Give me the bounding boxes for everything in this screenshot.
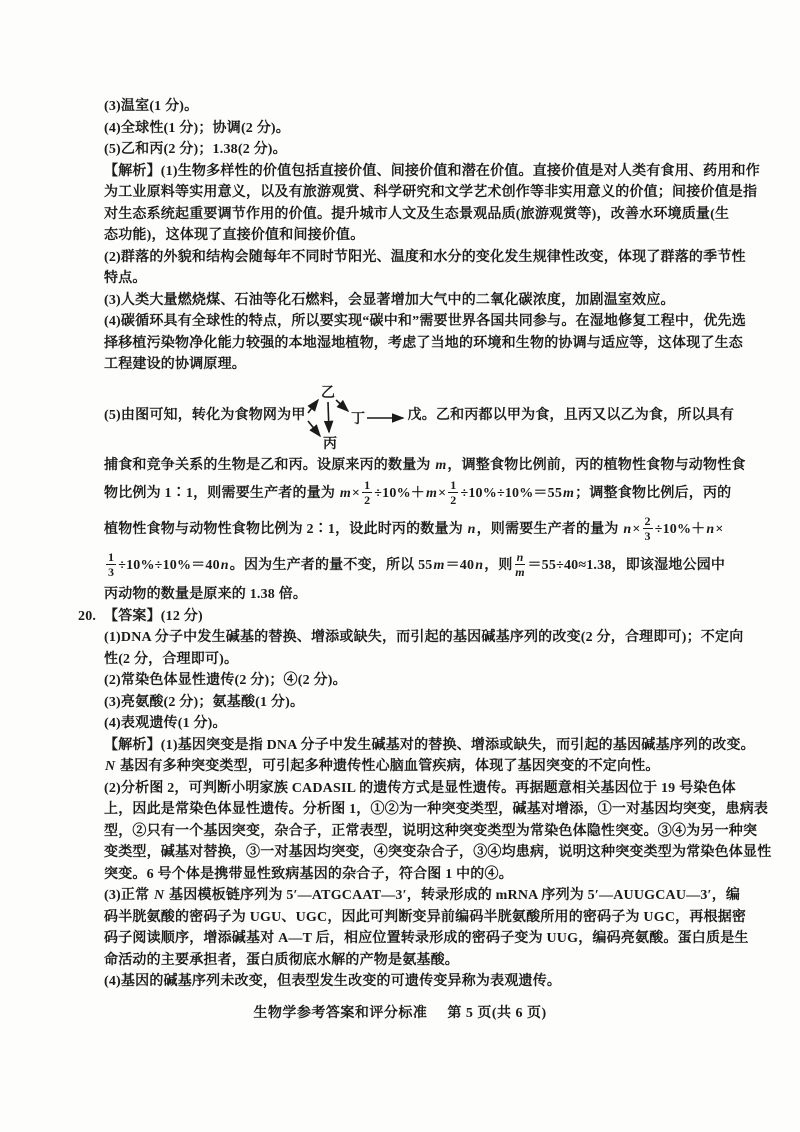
text-run: (4)基因的碱基序列未改变，但表型发生改变的可遗传变异称为表观遗传。 bbox=[104, 974, 561, 989]
fraction-numerator: n bbox=[515, 551, 526, 566]
text-run: (3)亮氨酸(2 分)；氨基酸(1 分)。 bbox=[104, 695, 304, 710]
text-line: (3)人类大量燃烧煤、石油等化石燃料，会显著增加大气中的二氧化碳浓度，加剧温室效… bbox=[104, 290, 722, 312]
text-run: 物比例为 1∶1，则需要生产者的量为 bbox=[104, 486, 339, 501]
text-line: 命活动的主要承担者，蛋白质彻底水解的产物是氨基酸。 bbox=[104, 950, 722, 972]
text-line: 为工业原料等实用意义，以及有旅游观赏、科学研究和文学艺术创作等非实用意义的价值；… bbox=[104, 182, 722, 204]
text-line: 择移植污染物净化能力较强的本地湿地植物，考虑了当地的环境和生物的协调与适应等，这… bbox=[104, 333, 722, 355]
fraction-denominator: 3 bbox=[106, 565, 116, 579]
math-variable: m bbox=[339, 486, 352, 501]
math-variable: n bbox=[467, 522, 477, 537]
text-line: (3)亮氨酸(2 分)；氨基酸(1 分)。 bbox=[104, 692, 722, 714]
text-run: ÷10%＋ bbox=[374, 486, 425, 501]
text-run: ，则需要生产者的量为 bbox=[477, 522, 623, 537]
text-run: × bbox=[632, 522, 640, 537]
text-run: 码子阅读顺序，增添碱基对 A—T 后，相应位置转录形成的密码子变为 UUG，编码… bbox=[104, 931, 749, 946]
text-run: (4)全球性(1 分)；协调(2 分)。 bbox=[104, 121, 290, 136]
footer-doc-title: 生物学参考答案和评分标准 bbox=[253, 1006, 427, 1021]
answer-content: (3)温室(1 分)。(4)全球性(1 分)；协调(2 分)。(5)乙和丙(2 … bbox=[104, 96, 722, 993]
fraction: 12 bbox=[362, 479, 372, 507]
foodweb-node-yi: 乙 bbox=[321, 385, 335, 401]
math-variable: m bbox=[425, 486, 438, 501]
text-run: 工程建设的协调原理。 bbox=[104, 357, 246, 372]
text-run: 为工业原料等实用意义，以及有旅游观赏、科学研究和文学艺术创作等非实用意义的价值；… bbox=[104, 185, 757, 200]
text-line: (3)温室(1 分)。 bbox=[104, 96, 722, 118]
page-footer: 生物学参考答案和评分标准 第 5 页(共 6 页) bbox=[0, 1002, 800, 1022]
footer-page-label: 第 5 页(共 6 页) bbox=[447, 1006, 546, 1021]
foodweb-node-bing: 丙 bbox=[323, 436, 337, 452]
text-run: (5)乙和丙(2 分)；1.38(2 分)。 bbox=[104, 142, 287, 157]
text-run: 丙动物的数量是原来的 1.38 倍。 bbox=[104, 587, 307, 602]
text-run: (2)分析图 2，可判断小明家族 CADASIL 的遗传方式是显性遗传。再据题意… bbox=[104, 781, 736, 796]
fraction: 23 bbox=[643, 515, 653, 543]
text-line: 对生态系统起重要调节作用的价值。提升城市人文及生态景观品质(旅游观赏等)，改善水… bbox=[104, 204, 722, 226]
fraction-numerator: 1 bbox=[106, 551, 116, 566]
math-variable: N bbox=[153, 888, 165, 903]
text-run: 上，因此是常染色体显性遗传。分析图 1，①②为一种突变类型，碱基对增添，①一对基… bbox=[104, 802, 768, 817]
text-line: (4)表观遗传(1 分)。 bbox=[104, 713, 722, 735]
text-line: 工程建设的协调原理。 bbox=[104, 354, 722, 376]
text-line: 码半胱氨酸的密码子为 UGU、UGC，因此可判断变异前编码半胱氨酸所用的密码子为… bbox=[104, 907, 722, 929]
lines-top: (3)温室(1 分)。(4)全球性(1 分)；协调(2 分)。(5)乙和丙(2 … bbox=[104, 96, 722, 376]
text-line: 上，因此是常染色体显性遗传。分析图 1，①②为一种突变类型，碱基对增添，①一对基… bbox=[104, 799, 722, 821]
text-run: 捕食和竞争关系的生物是乙和丙。设原来丙的数量为 bbox=[104, 458, 434, 473]
text-line: 13÷10%÷10%＝40n。因为生产者的量不变，所以 55m＝40n，则nm＝… bbox=[104, 548, 722, 584]
text-run: 态功能)，这体现了直接价值和间接价值。 bbox=[104, 228, 364, 243]
text-line: 植物性食物与动物性食物比例为 2∶1，设此时丙的数量为 n，则需要生产者的量为 … bbox=[104, 512, 722, 548]
text-run: 对生态系统起重要调节作用的价值。提升城市人文及生态景观品质(旅游观赏等)，改善水… bbox=[104, 207, 729, 222]
text-run: 码半胱氨酸的密码子为 UGU、UGC，因此可判断变异前编码半胱氨酸所用的密码子为… bbox=[104, 910, 746, 925]
math-variable: m bbox=[562, 486, 575, 501]
text-run: (3)温室(1 分)。 bbox=[104, 99, 198, 114]
foodweb-node-wu: 戊 bbox=[408, 405, 422, 427]
foodweb-node-ding: 丁 bbox=[351, 411, 365, 427]
text-line: 变类型，碱基对替换，③一对基因均突变，④突变杂合子，③④均患病，说明这种突变类型… bbox=[104, 842, 722, 864]
text-line: 丙动物的数量是原来的 1.38 倍。 bbox=[104, 584, 722, 606]
fraction-numerator: 1 bbox=[362, 479, 372, 494]
text-run: ，则 bbox=[484, 558, 512, 573]
text-run: (1)DNA 分子中发生碱基的替换、增添或缺失，而引起的基因碱基序列的改变(2 … bbox=[104, 630, 743, 645]
text-run: 基因模板链序列为 5′—ATGCAAT—3′，转录形成的 mRNA 序列为 5′… bbox=[165, 888, 740, 903]
text-run: 植物性食物与动物性食物比例为 2∶1，设此时丙的数量为 bbox=[104, 522, 467, 537]
math-variable: n bbox=[220, 558, 230, 573]
text-line: 型，②只有一个基因突变，杂合子，正常表型，说明这种突变类型为常染色体隐性突变。③… bbox=[104, 821, 722, 843]
text-run: (2)群落的外貌和结构会随每年不同时节阳光、温度和水分的变化发生规律性改变，体现… bbox=[104, 250, 746, 265]
arrow-jia-to-bing bbox=[308, 421, 320, 436]
text-line: (2)群落的外貌和结构会随每年不同时节阳光、温度和水分的变化发生规律性改变，体现… bbox=[104, 247, 722, 269]
scanned-answer-sheet-page: (3)温室(1 分)。(4)全球性(1 分)；协调(2 分)。(5)乙和丙(2 … bbox=[0, 0, 800, 1132]
text-run: 型，②只有一个基因突变，杂合子，正常表型，说明这种突变类型为常染色体隐性突变。③… bbox=[104, 824, 757, 839]
text-run: ＝40 bbox=[446, 558, 475, 573]
foodweb-after-text: 。乙和丙都以甲为食，且丙又以乙为食，所以具有 bbox=[422, 405, 734, 427]
fraction: 13 bbox=[106, 551, 116, 579]
fraction-denominator: m bbox=[515, 565, 526, 579]
text-run: ÷10%＋ bbox=[655, 522, 706, 537]
text-line: 【解析】(1)基因突变是指 DNA 分子中发生碱基对的替换、增添或缺失，而引起的… bbox=[104, 735, 722, 757]
text-line: (5)乙和丙(2 分)；1.38(2 分)。 bbox=[104, 139, 722, 161]
text-run: (2)常染色体显性遗传(2 分)；④(2 分)。 bbox=[104, 673, 347, 688]
text-line: 特点。 bbox=[104, 268, 722, 290]
text-line: 突变。6 号个体是携带显性致病基因的杂合子，符合图 1 中的④。 bbox=[104, 864, 722, 886]
fraction-numerator: 2 bbox=[643, 515, 653, 530]
foodweb-line: (5)由图可知，转化为食物网为甲 乙 丙 丁 戊 。乙和丙都以甲为食，且丙又以乙… bbox=[104, 379, 722, 453]
math-variable: n bbox=[705, 522, 715, 537]
text-run: 【解析】(1)生物多样性的价值包括直接价值、间接价值和潜在价值。直接价值是对人类… bbox=[104, 164, 760, 179]
lines-bottom: 捕食和竞争关系的生物是乙和丙。设原来丙的数量为 m，调整食物比例前，丙的植物性食… bbox=[104, 455, 722, 993]
fraction-denominator: 2 bbox=[362, 493, 372, 507]
math-variable: m bbox=[434, 458, 447, 473]
text-run: 突变。6 号个体是携带显性致病基因的杂合子，符合图 1 中的④。 bbox=[104, 867, 513, 882]
text-line: (1)DNA 分子中发生碱基的替换、增添或缺失，而引起的基因碱基序列的改变(2 … bbox=[104, 627, 722, 649]
arrow-yi-to-bing bbox=[328, 402, 329, 432]
text-run: (3)人类大量燃烧煤、石油等化石燃料，会显著增加大气中的二氧化碳浓度，加剧温室效… bbox=[104, 293, 675, 308]
text-run: 基因有多种突变类型，可引起多种遗传性心脑血管疾病，体现了基因突变的不定向性。 bbox=[116, 759, 659, 774]
text-run: ＝55÷40≈1.38，即该湿地公园中 bbox=[527, 558, 725, 573]
text-line: (4)基因的碱基序列未改变，但表型发生改变的可遗传变异称为表观遗传。 bbox=[104, 971, 722, 993]
text-run: × bbox=[438, 486, 446, 501]
foodweb-diagram: 乙 丙 丁 bbox=[307, 379, 407, 453]
text-run: 命活动的主要承担者，蛋白质彻底水解的产物是氨基酸。 bbox=[104, 953, 459, 968]
fraction: 12 bbox=[448, 479, 458, 507]
text-run: 特点。 bbox=[104, 271, 147, 286]
text-line: (2)常染色体显性遗传(2 分)；④(2 分)。 bbox=[104, 670, 722, 692]
text-line: (3)正常 N 基因模板链序列为 5′—ATGCAAT—3′，转录形成的 mRN… bbox=[104, 885, 722, 907]
text-line: 【解析】(1)生物多样性的价值包括直接价值、间接价值和潜在价值。直接价值是对人类… bbox=[104, 161, 722, 183]
text-line: (4)全球性(1 分)；协调(2 分)。 bbox=[104, 118, 722, 140]
text-run: ，调整食物比例前，丙的植物性食物与动物性食 bbox=[447, 458, 745, 473]
text-line: (2)分析图 2，可判断小明家族 CADASIL 的遗传方式是显性遗传。再据题意… bbox=[104, 778, 722, 800]
text-run: 择移植污染物净化能力较强的本地湿地植物，考虑了当地的环境和生物的协调与适应等，这… bbox=[104, 336, 743, 351]
text-run: (4)碳循环具有全球性的特点，所以要实现“碳中和”需要世界各国共同参与。在湿地修… bbox=[104, 314, 746, 329]
text-run: 【答案】(12 分) bbox=[104, 609, 203, 624]
text-run: (4)表观遗传(1 分)。 bbox=[104, 716, 227, 731]
foodweb-before-text: (5)由图可知，转化为食物网为甲 bbox=[104, 405, 306, 427]
text-run: × bbox=[715, 522, 723, 537]
text-run: (3)正常 bbox=[104, 888, 153, 903]
text-line: 态功能)，这体现了直接价值和间接价值。 bbox=[104, 225, 722, 247]
arrow-yi-to-ding bbox=[336, 400, 348, 411]
fraction-denominator: 2 bbox=[448, 493, 458, 507]
text-run: 。因为生产者的量不变，所以 55 bbox=[230, 558, 433, 573]
fraction: nm bbox=[515, 551, 526, 579]
math-variable: N bbox=[104, 759, 116, 774]
math-variable: n bbox=[474, 558, 484, 573]
question-number: 20. bbox=[78, 606, 96, 628]
text-run: 【解析】(1)基因突变是指 DNA 分子中发生碱基对的替换、增添或缺失，而引起的… bbox=[104, 738, 755, 753]
text-run: ÷10%÷10%＝40 bbox=[118, 558, 220, 573]
text-line: 20.【答案】(12 分) bbox=[104, 606, 722, 628]
text-line: 捕食和竞争关系的生物是乙和丙。设原来丙的数量为 m，调整食物比例前，丙的植物性食… bbox=[104, 455, 722, 477]
math-variable: n bbox=[622, 522, 632, 537]
text-line: N 基因有多种突变类型，可引起多种遗传性心脑血管疾病，体现了基因突变的不定向性。 bbox=[104, 756, 722, 778]
arrow-jia-to-yi bbox=[308, 400, 318, 413]
text-line: (4)碳循环具有全球性的特点，所以要实现“碳中和”需要世界各国共同参与。在湿地修… bbox=[104, 311, 722, 333]
text-line: 性(2 分，合理即可)。 bbox=[104, 649, 722, 671]
text-run: 性(2 分，合理即可)。 bbox=[104, 652, 238, 667]
text-line: 物比例为 1∶1，则需要生产者的量为 m×12÷10%＋m×12÷10%÷10%… bbox=[104, 476, 722, 512]
text-run: ÷10%÷10%＝55 bbox=[460, 486, 562, 501]
fraction-denominator: 3 bbox=[643, 529, 653, 543]
text-line: 码子阅读顺序，增添碱基对 A—T 后，相应位置转录形成的密码子变为 UUG，编码… bbox=[104, 928, 722, 950]
fraction-numerator: 1 bbox=[448, 479, 458, 494]
text-run: × bbox=[352, 486, 360, 501]
math-variable: m bbox=[432, 558, 445, 573]
text-run: ；调整食物比例后，丙的 bbox=[575, 486, 731, 501]
text-run: 变类型，碱基对替换，③一对基因均突变，④突变杂合子，③④均患病，说明这种突变类型… bbox=[104, 845, 771, 860]
